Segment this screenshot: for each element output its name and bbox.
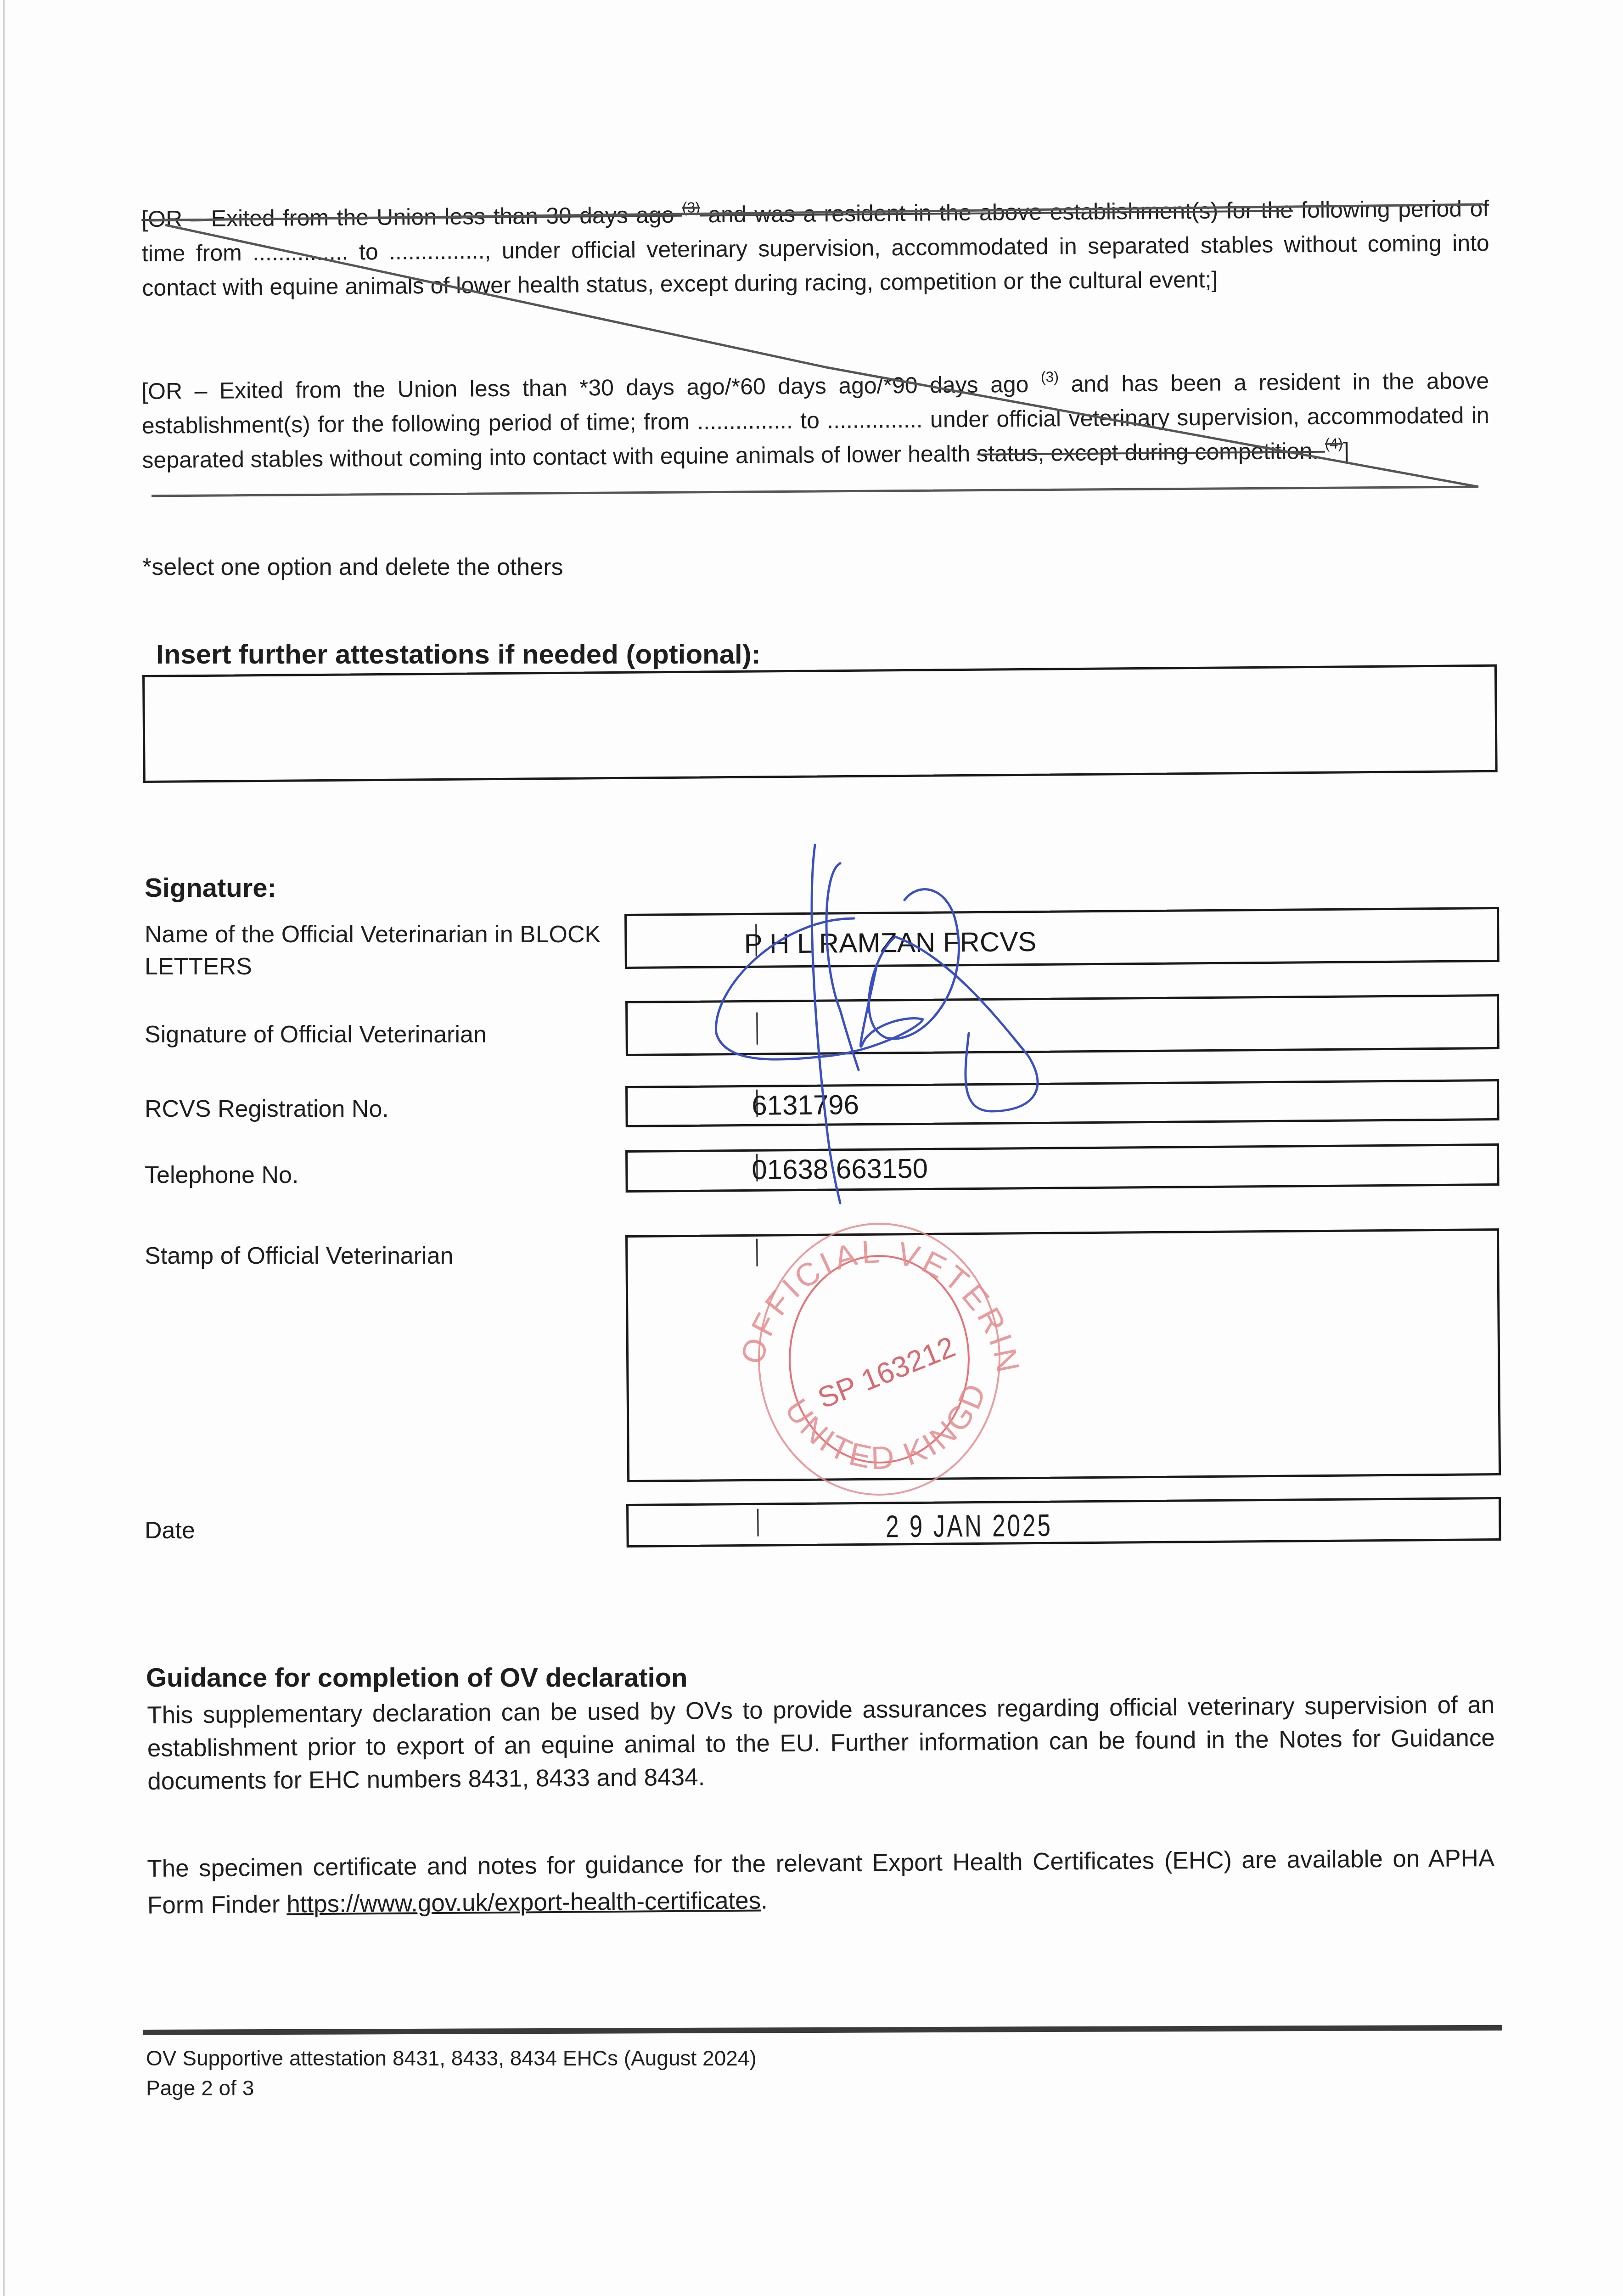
guidance-paragraph-2: The specimen certificate and notes for g… <box>147 1840 1495 1924</box>
option-b-struck-tail: status, except during competition. <box>977 438 1325 467</box>
name-label: Name of the Official Veterinarian in BLO… <box>145 918 604 983</box>
footnote-3: (3) <box>1041 368 1059 385</box>
cursor-mark <box>756 1239 758 1266</box>
option-b-text-1: [OR – Exited from the Union less than *3… <box>141 371 1041 404</box>
guidance-title: Guidance for completion of OV declaratio… <box>146 1662 687 1693</box>
attestation-option-b: [OR – Exited from the Union less than *3… <box>141 364 1490 478</box>
scan-page-edge <box>3 0 5 2296</box>
date-label: Date <box>145 1514 195 1547</box>
export-health-certificates-link[interactable]: https://www.gov.uk/export-health-certifi… <box>286 1887 761 1918</box>
option-b-closing: ] <box>1343 438 1349 463</box>
date-field[interactable]: 2 9 JAN 2025 <box>626 1497 1501 1548</box>
select-option-note: *select one option and delete the others <box>142 553 563 581</box>
signature-label: Signature of Official Veterinarian <box>145 1019 487 1051</box>
rcvs-value: 6131796 <box>752 1089 859 1121</box>
footnote-3: (3) <box>682 199 700 215</box>
option-a-struck-rest: and was a resident in the above establis… <box>700 197 1293 227</box>
footer-doc-title: OV Supportive attestation 8431, 8433, 84… <box>146 2046 757 2071</box>
signature-heading: Signature: <box>145 872 276 903</box>
telephone-label: Telephone No. <box>145 1159 298 1191</box>
footer-page-number: Page 2 of 3 <box>146 2076 254 2100</box>
attestation-option-a: [OR – Exited from the Union less than 30… <box>141 191 1490 305</box>
rcvs-label: RCVS Registration No. <box>145 1093 389 1125</box>
stamp-label: Stamp of Official Veterinarian <box>145 1240 454 1272</box>
name-field[interactable]: P H L RAMZAN FRCVS <box>624 907 1499 969</box>
date-value: 2 9 JAN 2025 <box>886 1508 1053 1545</box>
cursor-mark <box>757 1509 758 1536</box>
further-attestations-heading: Insert further attestations if needed (o… <box>156 638 761 670</box>
guidance-paragraph-1: This supplementary declaration can be us… <box>147 1688 1495 1798</box>
telephone-value: 01638 663150 <box>752 1153 928 1186</box>
footer-rule <box>143 2025 1502 2035</box>
option-a-struck-prefix: [OR – Exited from the Union less than 30… <box>141 202 682 232</box>
signature-field[interactable] <box>625 994 1499 1056</box>
footnote-4: (4) <box>1325 435 1343 451</box>
cursor-mark <box>756 1013 758 1045</box>
guidance-period: . <box>761 1887 768 1914</box>
further-attestations-field[interactable] <box>142 664 1498 783</box>
name-value: P H L RAMZAN FRCVS <box>744 926 1036 960</box>
rcvs-field[interactable]: 6131796 <box>625 1079 1499 1127</box>
telephone-field[interactable]: 01638 663150 <box>625 1143 1499 1193</box>
stamp-field[interactable] <box>625 1228 1501 1482</box>
